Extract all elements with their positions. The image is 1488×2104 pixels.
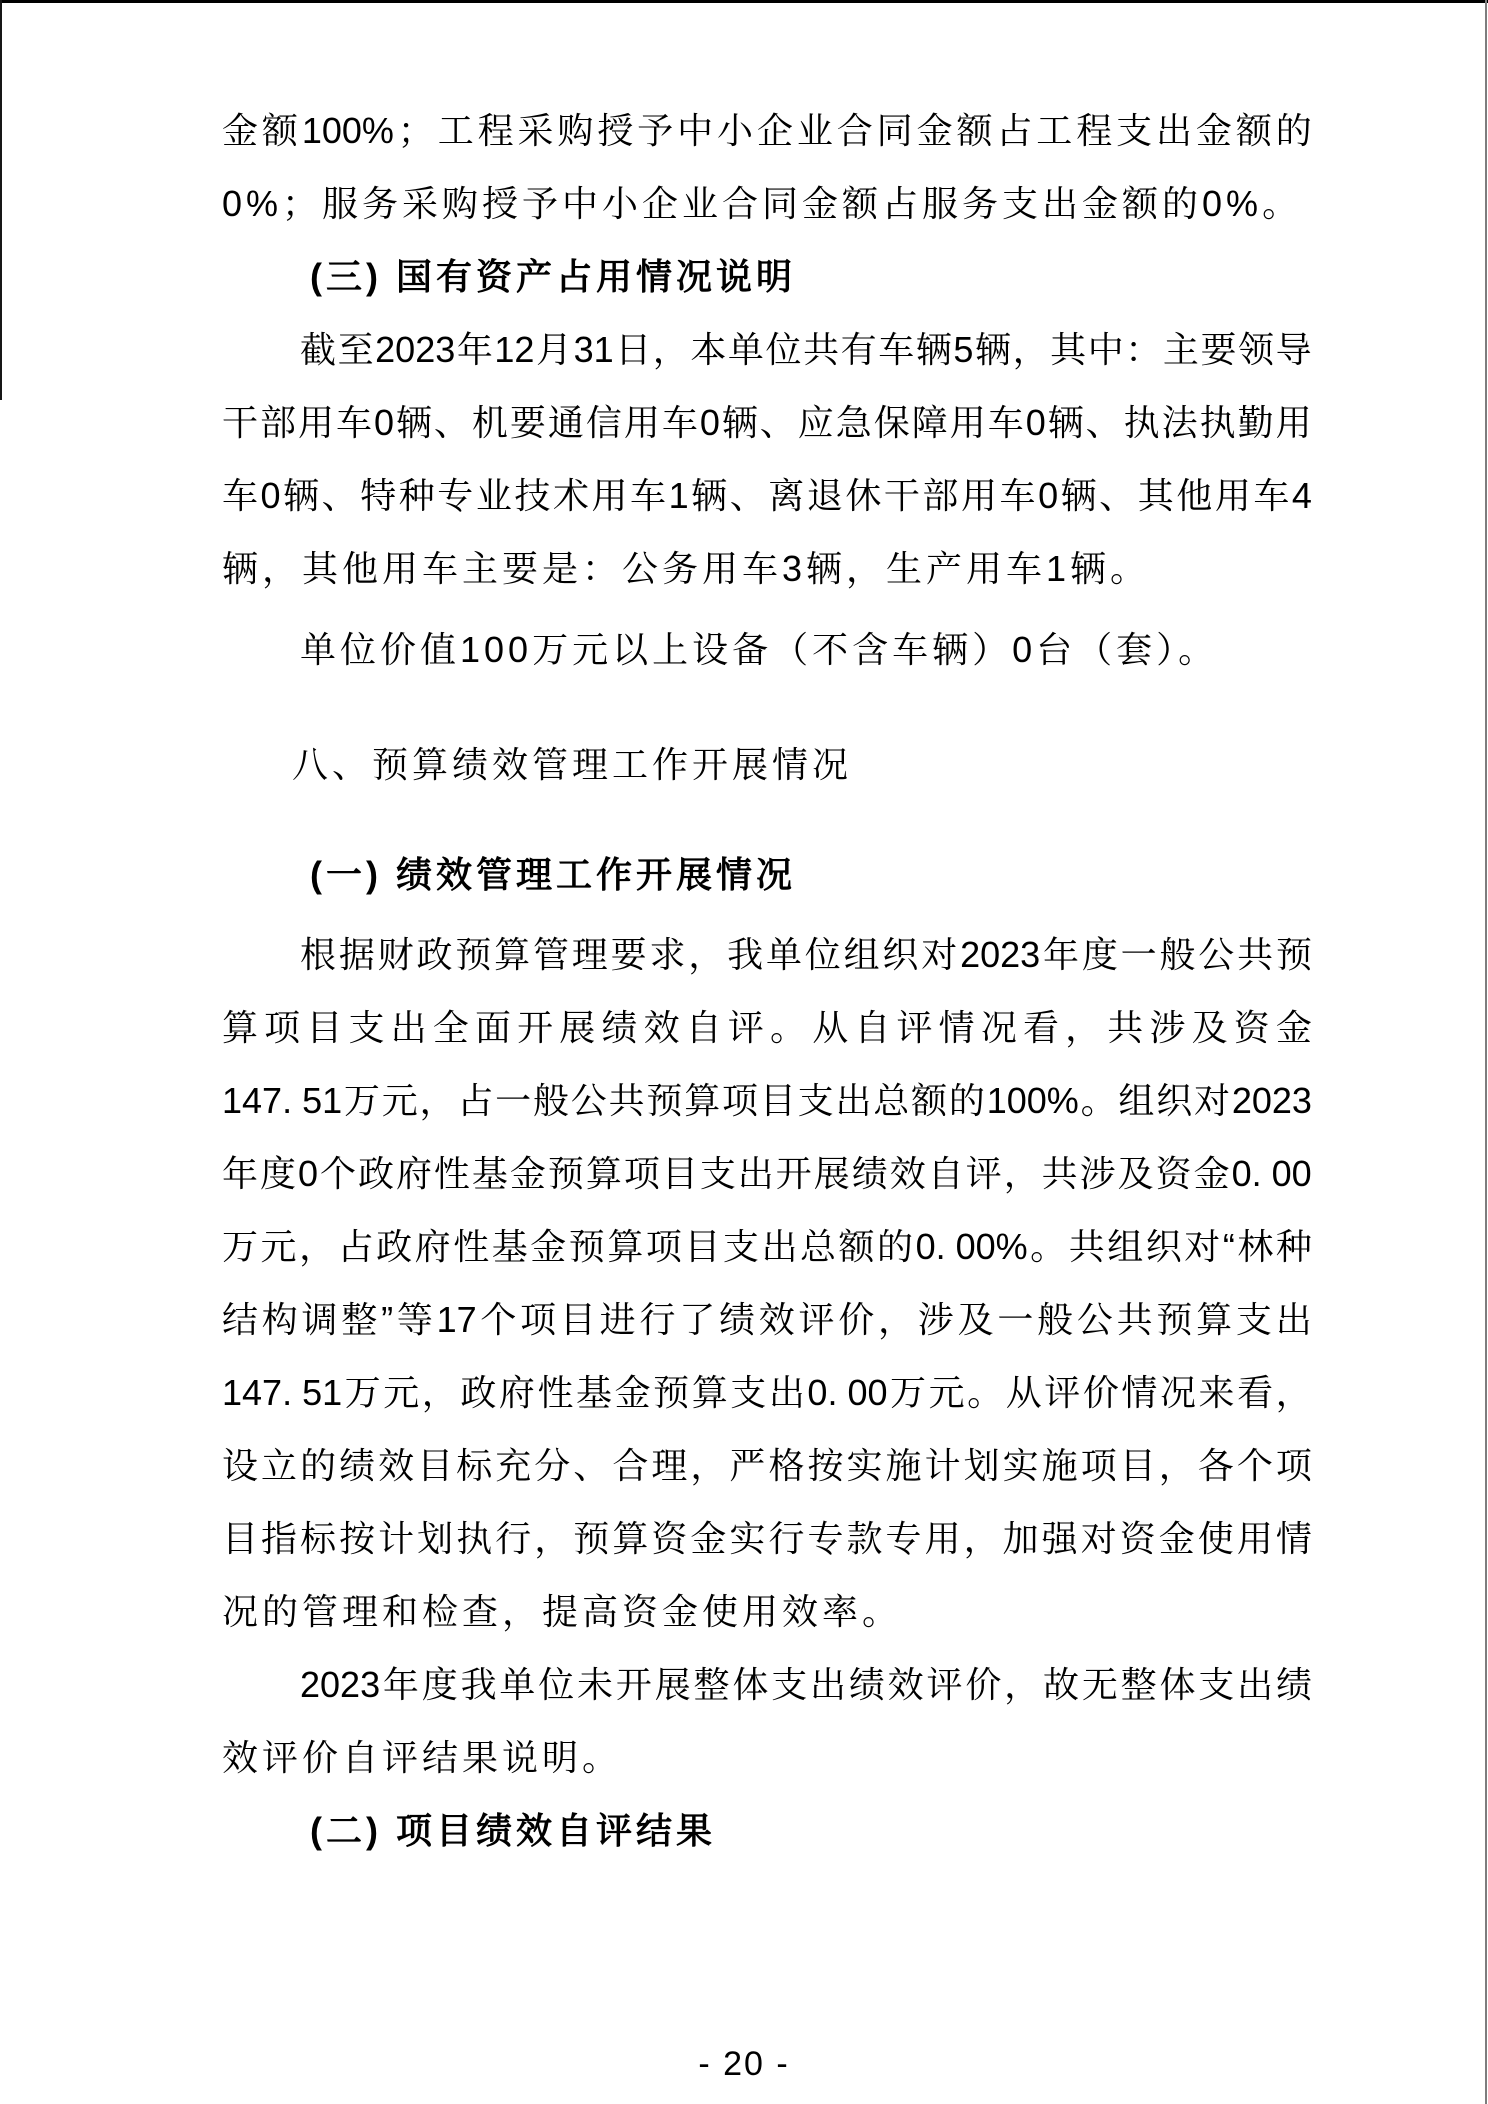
paragraph-procurement-smes: 金额100%；工程采购授予中小企业合同金额占工程支出金额的 0%；服务采购授予中… bbox=[222, 94, 1312, 240]
document-page: 金额100%；工程采购授予中小企业合同金额占工程支出金额的 0%；服务采购授予中… bbox=[0, 0, 1488, 2104]
text-line: 况的管理和检查，提高资金使用效率。 bbox=[222, 1575, 1312, 1648]
text-line: 目指标按计划执行，预算资金实行专款专用，加强对资金使用情 bbox=[222, 1502, 1312, 1575]
text-line: 效评价自评结果说明。 bbox=[222, 1721, 1312, 1794]
heading-performance-management: (一) 绩效管理工作开展情况 bbox=[222, 838, 1312, 911]
paragraph-vehicles: 截至2023年12月31日，本单位共有车辆5辆，其中：主要领导 干部用车0辆、机… bbox=[222, 313, 1312, 605]
paragraph-performance-evaluation: 根据财政预算管理要求，我单位组织对2023年度一般公共预 算项目支出全面开展绩效… bbox=[222, 918, 1312, 1648]
text-line: 根据财政预算管理要求，我单位组织对2023年度一般公共预 bbox=[222, 918, 1312, 991]
paragraph-overall-evaluation: 2023年度我单位未开展整体支出绩效评价，故无整体支出绩 效评价自评结果说明。 bbox=[222, 1648, 1312, 1794]
text-line: 辆，其他用车主要是：公务用车3辆，生产用车1辆。 bbox=[222, 532, 1312, 605]
text-line: 0%；服务采购授予中小企业合同金额占服务支出金额的0%。 bbox=[222, 167, 1312, 240]
text-line: 设立的绩效目标充分、合理，严格按实施计划实施项目，各个项 bbox=[222, 1429, 1312, 1502]
page-content: 金额100%；工程采购授予中小企业合同金额占工程支出金额的 0%；服务采购授予中… bbox=[222, 94, 1312, 1867]
text-line: 截至2023年12月31日，本单位共有车辆5辆，其中：主要领导 bbox=[222, 313, 1312, 386]
heading-project-self-eval-results: (二) 项目绩效自评结果 bbox=[222, 1794, 1312, 1867]
page-border-right bbox=[1485, 0, 1487, 2104]
text-line: 金额100%；工程采购授予中小企业合同金额占工程支出金额的 bbox=[222, 94, 1312, 167]
text-line: 年度0个政府性基金预算项目支出开展绩效自评，共涉及资金0. 00 bbox=[222, 1137, 1312, 1210]
heading-state-assets: (三) 国有资产占用情况说明 bbox=[222, 240, 1312, 313]
page-border-top bbox=[0, 0, 1488, 3]
text-line: 算项目支出全面开展绩效自评。从自评情况看，共涉及资金 bbox=[222, 991, 1312, 1064]
text-line: 147. 51万元，政府性基金预算支出0. 00万元。从评价情况来看， bbox=[222, 1356, 1312, 1429]
paragraph-equipment: 单位价值100万元以上设备（不含车辆）0台（套）。 bbox=[222, 613, 1312, 686]
text-line: 车0辆、特种专业技术用车1辆、离退休干部用车0辆、其他用车4 bbox=[222, 459, 1312, 532]
text-line: 结构调整”等17个项目进行了绩效评价，涉及一般公共预算支出 bbox=[222, 1283, 1312, 1356]
text-line: 干部用车0辆、机要通信用车0辆、应急保障用车0辆、执法执勤用 bbox=[222, 386, 1312, 459]
text-line: 147. 51万元，占一般公共预算项目支出总额的100%。组织对2023 bbox=[222, 1064, 1312, 1137]
text-line: 万元，占政府性基金预算项目支出总额的0. 00%。共组织对“林种 bbox=[222, 1210, 1312, 1283]
section-heading-budget-performance: 八、预算绩效管理工作开展情况 bbox=[222, 728, 1312, 801]
page-border-left bbox=[0, 0, 2, 400]
text-line: 2023年度我单位未开展整体支出绩效评价，故无整体支出绩 bbox=[222, 1648, 1312, 1721]
text-line: 单位价值100万元以上设备（不含车辆）0台（套）。 bbox=[222, 613, 1312, 686]
page-number: - 20 - bbox=[0, 2040, 1488, 2088]
